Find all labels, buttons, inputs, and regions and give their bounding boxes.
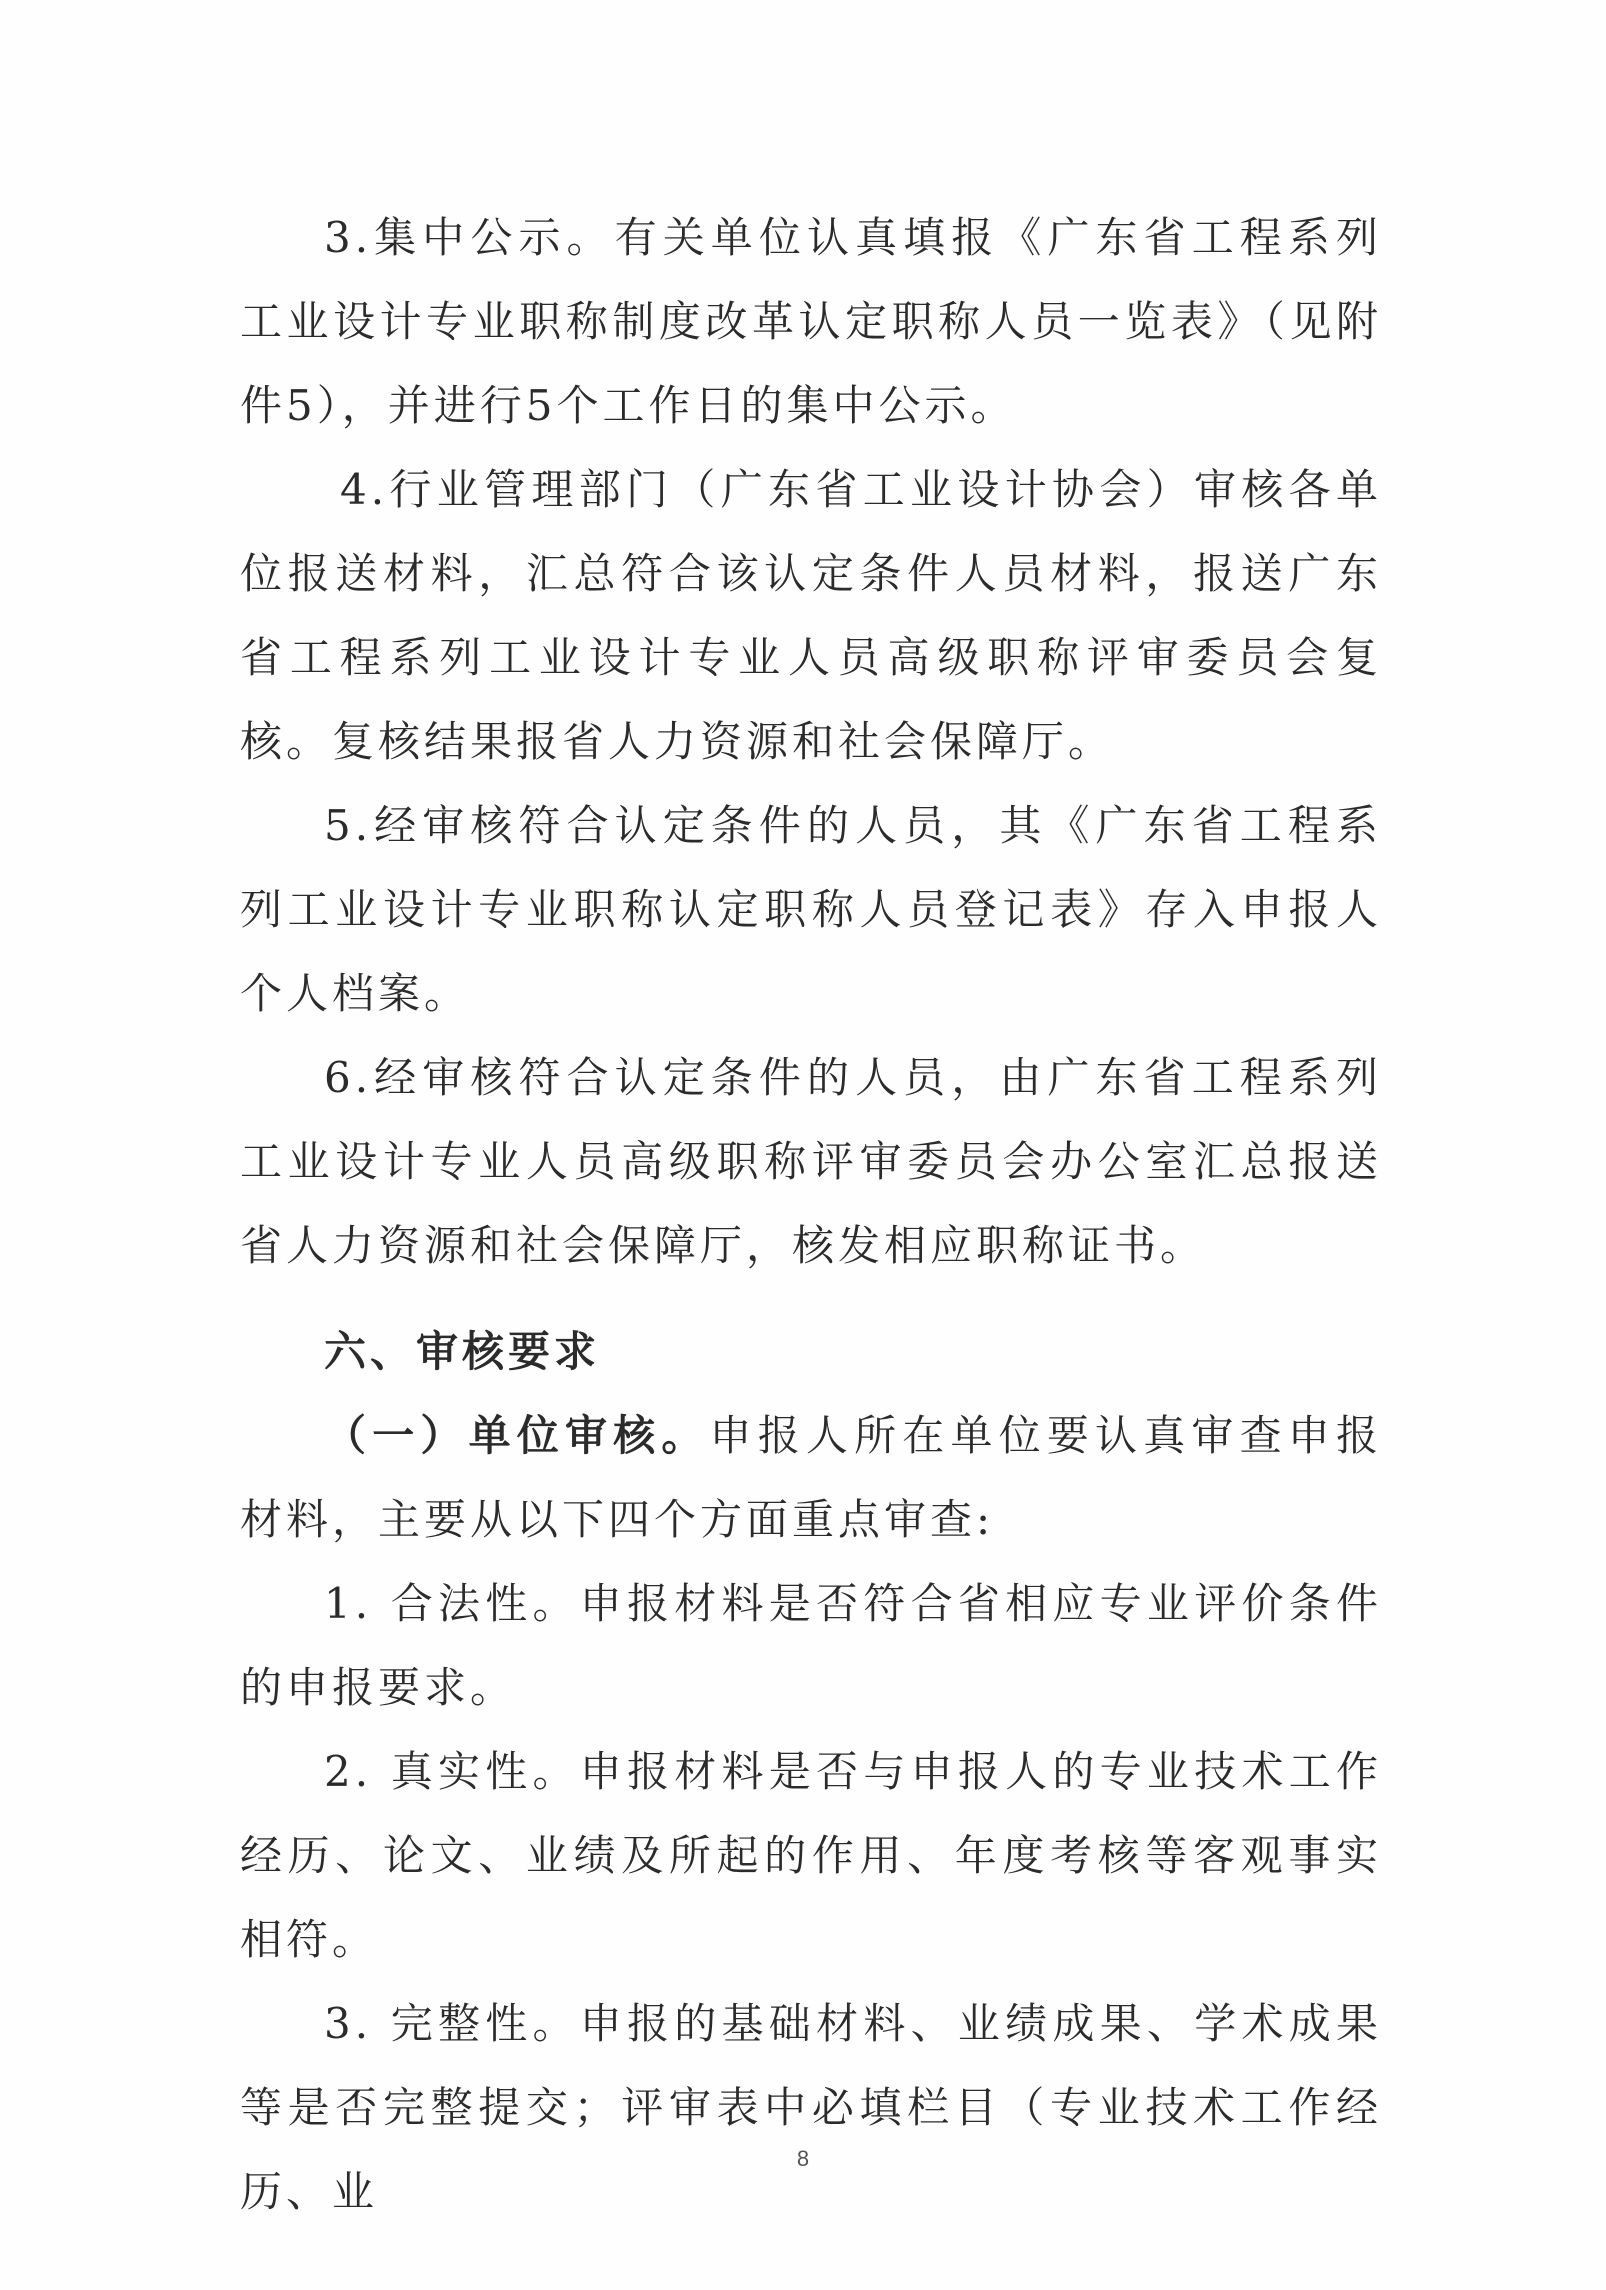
paragraph-item-4: 4.行业管理部门（广东省工业设计协会）审核各单位报送材料，汇总符合该认定条件人员… <box>240 448 1382 784</box>
section-heading: 六、审核要求 <box>240 1310 1382 1394</box>
page-number: 8 <box>0 2146 1606 2172</box>
paragraph-item-3: 3.集中公示。有关单位认真填报《广东省工程系列工业设计专业职称制度改革认定职称人… <box>240 196 1382 448</box>
section-six: 六、审核要求 （一）单位审核。申报人所在单位要认真审查申报材料，主要从以下四个方… <box>240 1310 1382 2234</box>
paragraph-item-6: 6.经审核符合认定条件的人员，由广东省工程系列工业设计专业人员高级职称评审委员会… <box>240 1036 1382 1288</box>
paragraph-item-5: 5.经审核符合认定条件的人员，其《广东省工程系列工业设计专业职称认定职称人员登记… <box>240 784 1382 1036</box>
subsection-lead: （一）单位审核。 <box>324 1411 710 1460</box>
review-item-completeness: 3. 完整性。申报的基础材料、业绩成果、学术成果等是否完整提交；评审表中必填栏目… <box>240 1982 1382 2234</box>
body-text-top: 3.集中公示。有关单位认真填报《广东省工程系列工业设计专业职称制度改革认定职称人… <box>240 196 1382 1288</box>
document-page: 3.集中公示。有关单位认真填报《广东省工程系列工业设计专业职称制度改革认定职称人… <box>0 0 1606 2290</box>
review-item-legality: 1. 合法性。申报材料是否符合省相应专业评价条件的申报要求。 <box>240 1562 1382 1730</box>
subsection-unit-review: （一）单位审核。申报人所在单位要认真审查申报材料，主要从以下四个方面重点审查: <box>240 1394 1382 1562</box>
review-item-authenticity: 2. 真实性。申报材料是否与申报人的专业技术工作经历、论文、业绩及所起的作用、年… <box>240 1730 1382 1982</box>
